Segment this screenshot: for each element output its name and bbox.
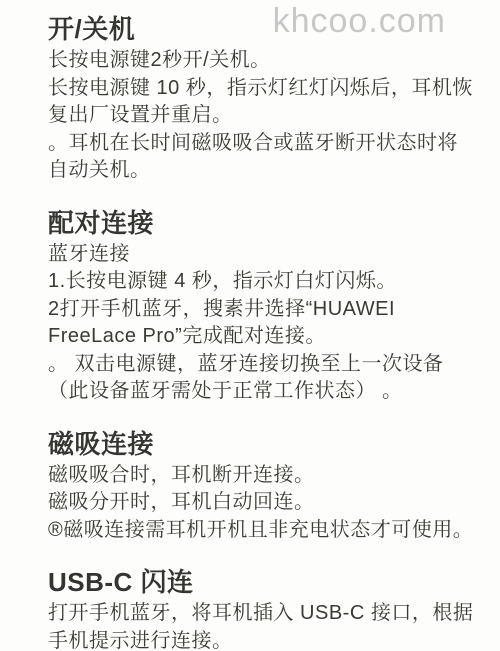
section-title-magnetic: 磁吸连接 [48, 427, 462, 462]
text-line: 长按电源键 10 秒，指示灯红灯闪烁后，耳机恢 [48, 75, 462, 103]
section-title-pairing: 配对连接 [48, 206, 462, 241]
text-line: 1.长按电源键 4 秒，指示灯白灯闪烁。 [48, 268, 462, 296]
section-title-usb-c: USB-C 闪连 [48, 565, 462, 600]
section-usb-c: USB-C 闪连 打开手机蓝牙，将耳机插入 USB-C 接口，根据 手机提示进行… [48, 565, 462, 651]
watermark-text: khcoo.com [273, 2, 446, 40]
text-line: 磁吸吸合时，耳机断开连接。 [48, 462, 462, 490]
text-line: 。耳机在长时间磁吸吸合或蓝牙断开状态时将 [48, 130, 462, 158]
text-line: FreeLace Pro”完成配对连接。 [48, 323, 462, 351]
text-line: 手机提示进行连接。 [48, 628, 462, 651]
section-pairing: 配对连接 蓝牙连接 1.长按电源键 4 秒，指示灯白灯闪烁。 2打开手机蓝牙，搜… [48, 206, 462, 406]
text-line: 。 双击电源键，蓝牙连接切换至上一次设备 [48, 351, 462, 379]
text-line: 磁吸分开时，耳机白动回连。 [48, 489, 462, 517]
text-line: 打开手机蓝牙，将耳机插入 USB-C 接口，根据 [48, 600, 462, 628]
section-magnetic: 磁吸连接 磁吸吸合时，耳机断开连接。 磁吸分开时，耳机白动回连。 ®磁吸连接需耳… [48, 427, 462, 545]
text-line: 自动关机。 [48, 157, 462, 185]
manual-page: khcoo.com 开/关机 长按电源键2秒开/关机。 长按电源键 10 秒，指… [0, 0, 500, 651]
text-line: 2打开手机蓝牙，搜素井选择“HUAWEI [48, 296, 462, 324]
text-line: （此设备蓝牙需处于正常工作状态） 。 [48, 378, 462, 406]
text-line: ®磁吸连接需耳机开机且非充电状态才可使用。 [48, 517, 462, 545]
text-line: 长按电源键2秒开/关机。 [48, 47, 462, 75]
text-line: 蓝牙连接 [48, 241, 462, 269]
text-line: 复出厂设置并重启。 [48, 102, 462, 130]
